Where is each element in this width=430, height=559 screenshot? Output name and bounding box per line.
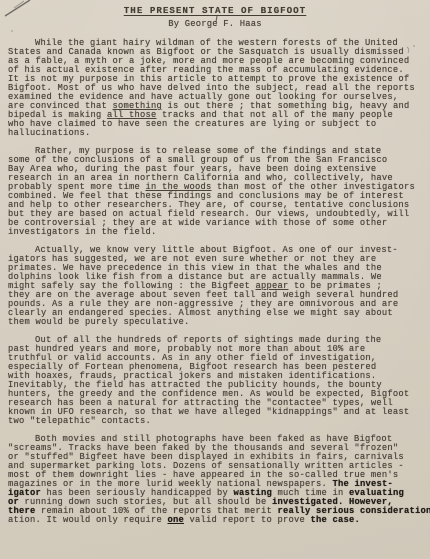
document-byline: By George F. Haas	[8, 20, 422, 29]
text-line: hallucinations.	[8, 129, 430, 138]
scanned-document-page: THE PRESENT STATE OF BIGFOOT By George F…	[0, 0, 430, 559]
paragraph: Both movies and still photographs have b…	[8, 435, 430, 525]
paragraph: Out of all the hundreds of reports of si…	[8, 336, 430, 426]
text-line: investigators in the field.	[8, 228, 430, 237]
paragraph: Rather, my purpose is to release some of…	[8, 147, 430, 237]
document-body: While the giant hairy wildman of the wes…	[8, 39, 430, 525]
text-line: ation. It would only require one valid r…	[8, 516, 430, 525]
paragraph: While the giant hairy wildman of the wes…	[8, 39, 430, 138]
text-line: two "telepathic" contacts.	[8, 417, 430, 426]
document-title: THE PRESENT STATE OF BIGFOOT	[8, 6, 422, 15]
paragraph: Actually, we know very little about Bigf…	[8, 246, 430, 327]
text-line: them would be purely speculative.	[8, 318, 430, 327]
